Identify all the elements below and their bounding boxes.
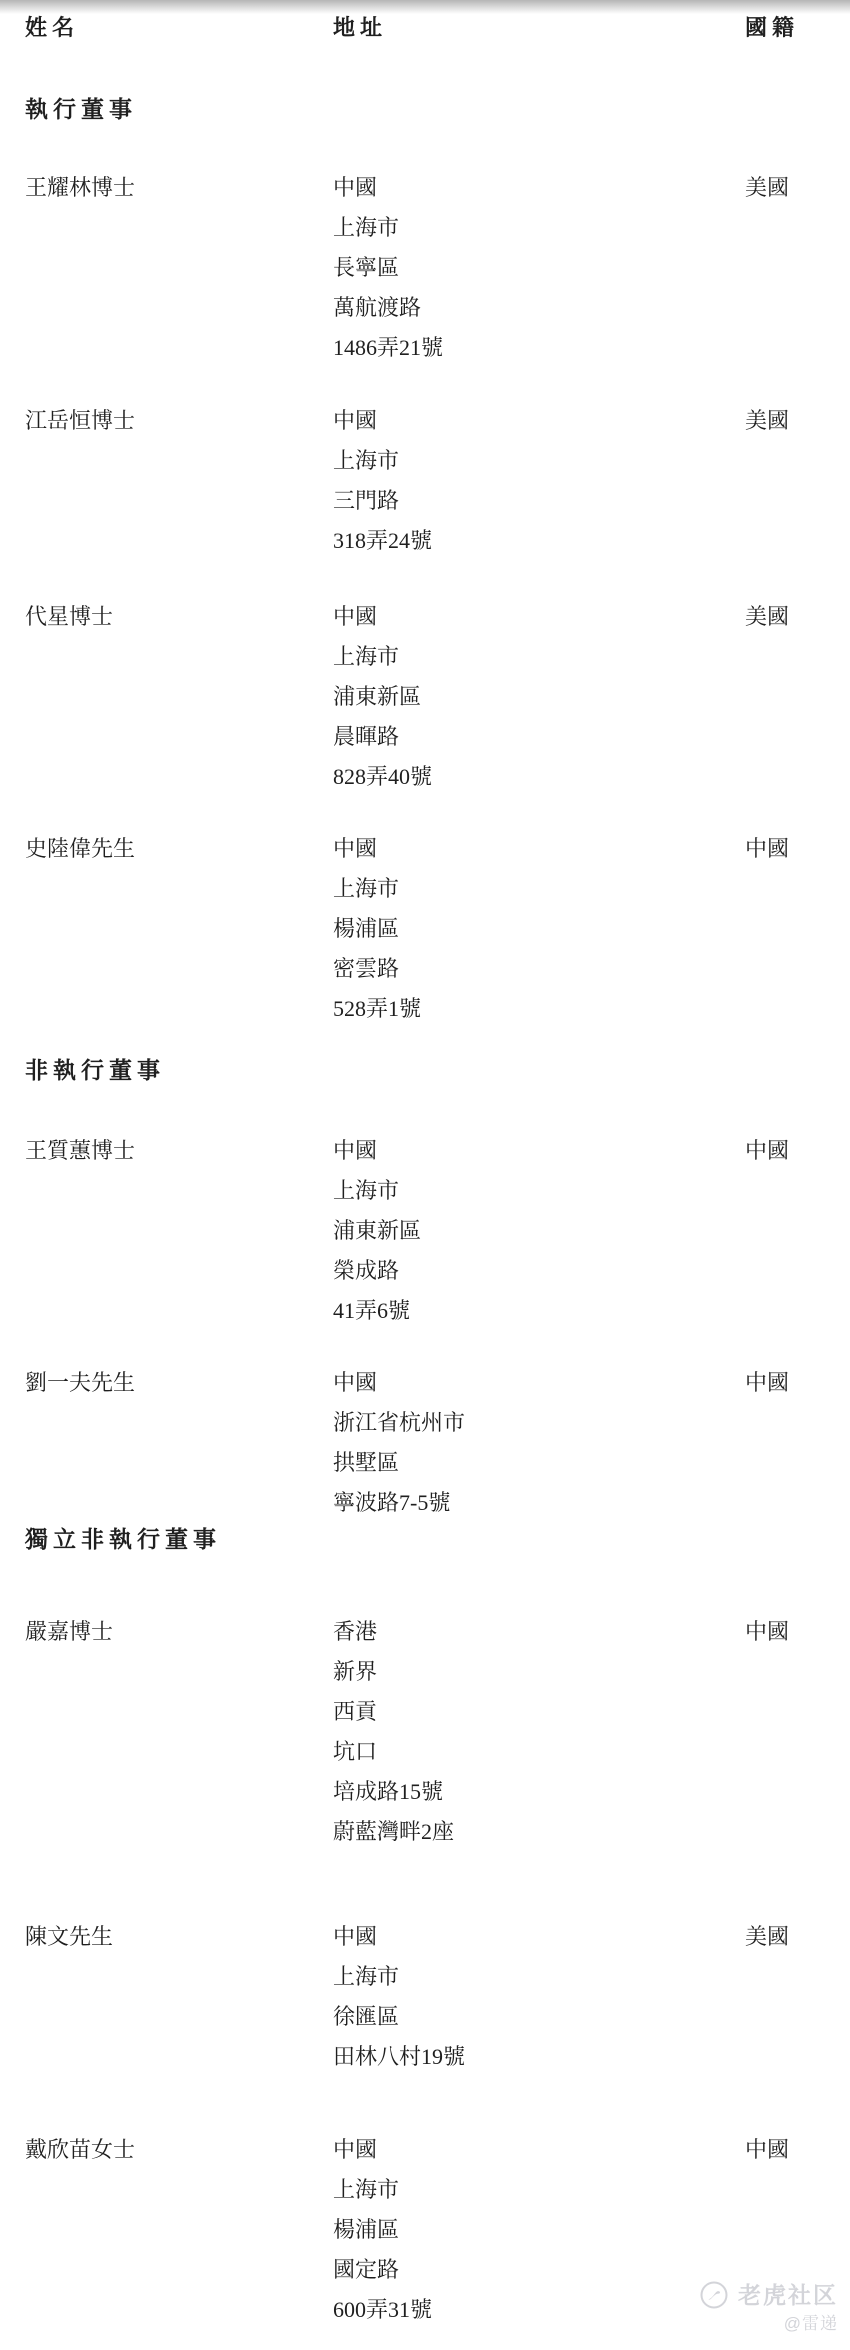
director-nationality: 美國 bbox=[745, 597, 850, 637]
address-line: 田林八村19號 bbox=[333, 2037, 745, 2077]
director-name: 史陸偉先生 bbox=[25, 829, 333, 869]
director-nationality: 中國 bbox=[745, 1612, 850, 1652]
director-nationality: 美國 bbox=[745, 401, 850, 441]
address-line: 上海市 bbox=[333, 1171, 745, 1211]
watermark-brand-row: 老虎社区 bbox=[700, 2280, 838, 2310]
address-line: 中國 bbox=[333, 401, 745, 441]
address-line: 長寧區 bbox=[333, 248, 745, 288]
column-header-address: 地址 bbox=[333, 8, 745, 48]
section-heading: 獨立非執行董事 bbox=[0, 1524, 850, 1554]
address-line: 徐匯區 bbox=[333, 1997, 745, 2037]
address-line: 中國 bbox=[333, 1917, 745, 1957]
address-line: 榮成路 bbox=[333, 1251, 745, 1291]
address-line: 坑口 bbox=[333, 1732, 745, 1772]
director-nationality: 中國 bbox=[745, 1131, 850, 1171]
address-line: 1486弄21號 bbox=[333, 328, 745, 368]
address-line: 528弄1號 bbox=[333, 989, 745, 1029]
table-header-row: 姓名 地址 國籍 bbox=[0, 8, 850, 48]
address-line: 828弄40號 bbox=[333, 757, 745, 797]
director-address: 中國浙江省杭州市拱墅區寧波路7-5號 bbox=[333, 1363, 745, 1523]
address-line: 中國 bbox=[333, 829, 745, 869]
director-address: 中國上海市長寧區萬航渡路1486弄21號 bbox=[333, 168, 745, 368]
address-line: 三門路 bbox=[333, 481, 745, 521]
director-nationality: 中國 bbox=[745, 829, 850, 869]
address-line: 蔚藍灣畔2座 bbox=[333, 1812, 745, 1852]
director-address: 中國上海市楊浦區密雲路528弄1號 bbox=[333, 829, 745, 1029]
address-line: 上海市 bbox=[333, 869, 745, 909]
address-line: 楊浦區 bbox=[333, 909, 745, 949]
section-heading: 執行董事 bbox=[0, 94, 850, 124]
watermark-community-label: 老虎社区 bbox=[738, 2280, 838, 2310]
tiger-community-logo-icon bbox=[700, 2281, 728, 2309]
address-line: 浙江省杭州市 bbox=[333, 1403, 745, 1443]
directors-table: 執行董事王耀林博士中國上海市長寧區萬航渡路1486弄21號美國江岳恒博士中國上海… bbox=[0, 94, 850, 2330]
director-address: 香港新界西貢坑口培成路15號蔚藍灣畔2座 bbox=[333, 1612, 745, 1852]
director-name: 江岳恒博士 bbox=[25, 401, 333, 441]
address-line: 中國 bbox=[333, 2130, 745, 2170]
director-address: 中國上海市浦東新區榮成路41弄6號 bbox=[333, 1131, 745, 1331]
table-row: 江岳恒博士中國上海市三門路318弄24號美國 bbox=[0, 401, 850, 561]
address-line: 密雲路 bbox=[333, 949, 745, 989]
address-line: 600弄31號 bbox=[333, 2290, 745, 2330]
table-row: 王耀林博士中國上海市長寧區萬航渡路1486弄21號美國 bbox=[0, 168, 850, 368]
address-line: 上海市 bbox=[333, 637, 745, 677]
address-line: 浦東新區 bbox=[333, 677, 745, 717]
watermark-author-label: @雷递 bbox=[700, 2312, 838, 2336]
address-line: 318弄24號 bbox=[333, 521, 745, 561]
address-line: 上海市 bbox=[333, 441, 745, 481]
address-line: 萬航渡路 bbox=[333, 288, 745, 328]
address-line: 中國 bbox=[333, 597, 745, 637]
address-line: 寧波路7-5號 bbox=[333, 1483, 745, 1523]
address-line: 中國 bbox=[333, 1131, 745, 1171]
address-line: 上海市 bbox=[333, 208, 745, 248]
section-heading: 非執行董事 bbox=[0, 1055, 850, 1085]
director-name: 王耀林博士 bbox=[25, 168, 333, 208]
director-name: 王質蕙博士 bbox=[25, 1131, 333, 1171]
director-address: 中國上海市三門路318弄24號 bbox=[333, 401, 745, 561]
address-line: 國定路 bbox=[333, 2250, 745, 2290]
director-nationality: 美國 bbox=[745, 1917, 850, 1957]
document-page: 姓名 地址 國籍 執行董事王耀林博士中國上海市長寧區萬航渡路1486弄21號美國… bbox=[0, 0, 850, 2350]
table-row: 代星博士中國上海市浦東新區晨暉路828弄40號美國 bbox=[0, 597, 850, 797]
address-line: 中國 bbox=[333, 168, 745, 208]
director-name: 嚴嘉博士 bbox=[25, 1612, 333, 1652]
director-address: 中國上海市浦東新區晨暉路828弄40號 bbox=[333, 597, 745, 797]
address-line: 培成路15號 bbox=[333, 1772, 745, 1812]
director-address: 中國上海市楊浦區國定路600弄31號 bbox=[333, 2130, 745, 2330]
director-nationality: 美國 bbox=[745, 168, 850, 208]
address-line: 晨暉路 bbox=[333, 717, 745, 757]
director-nationality: 中國 bbox=[745, 1363, 850, 1403]
address-line: 香港 bbox=[333, 1612, 745, 1652]
address-line: 新界 bbox=[333, 1652, 745, 1692]
director-name: 劉一夫先生 bbox=[25, 1363, 333, 1403]
table-row: 嚴嘉博士香港新界西貢坑口培成路15號蔚藍灣畔2座中國 bbox=[0, 1612, 850, 1852]
address-line: 41弄6號 bbox=[333, 1291, 745, 1331]
address-line: 中國 bbox=[333, 1363, 745, 1403]
table-row: 陳文先生中國上海市徐匯區田林八村19號美國 bbox=[0, 1917, 850, 2077]
address-line: 上海市 bbox=[333, 1957, 745, 1997]
address-line: 西貢 bbox=[333, 1692, 745, 1732]
address-line: 浦東新區 bbox=[333, 1211, 745, 1251]
address-line: 楊浦區 bbox=[333, 2210, 745, 2250]
director-name: 代星博士 bbox=[25, 597, 333, 637]
director-address: 中國上海市徐匯區田林八村19號 bbox=[333, 1917, 745, 2077]
director-name: 陳文先生 bbox=[25, 1917, 333, 1957]
address-line: 上海市 bbox=[333, 2170, 745, 2210]
table-row: 史陸偉先生中國上海市楊浦區密雲路528弄1號中國 bbox=[0, 829, 850, 1029]
column-header-name: 姓名 bbox=[25, 8, 333, 48]
director-nationality: 中國 bbox=[745, 2130, 850, 2170]
table-row: 王質蕙博士中國上海市浦東新區榮成路41弄6號中國 bbox=[0, 1131, 850, 1331]
column-header-nationality: 國籍 bbox=[745, 8, 850, 48]
director-name: 戴欣苗女士 bbox=[25, 2130, 333, 2170]
watermark: 老虎社区 @雷递 bbox=[700, 2280, 838, 2336]
address-line: 拱墅區 bbox=[333, 1443, 745, 1483]
table-row: 劉一夫先生中國浙江省杭州市拱墅區寧波路7-5號中國 bbox=[0, 1363, 850, 1523]
